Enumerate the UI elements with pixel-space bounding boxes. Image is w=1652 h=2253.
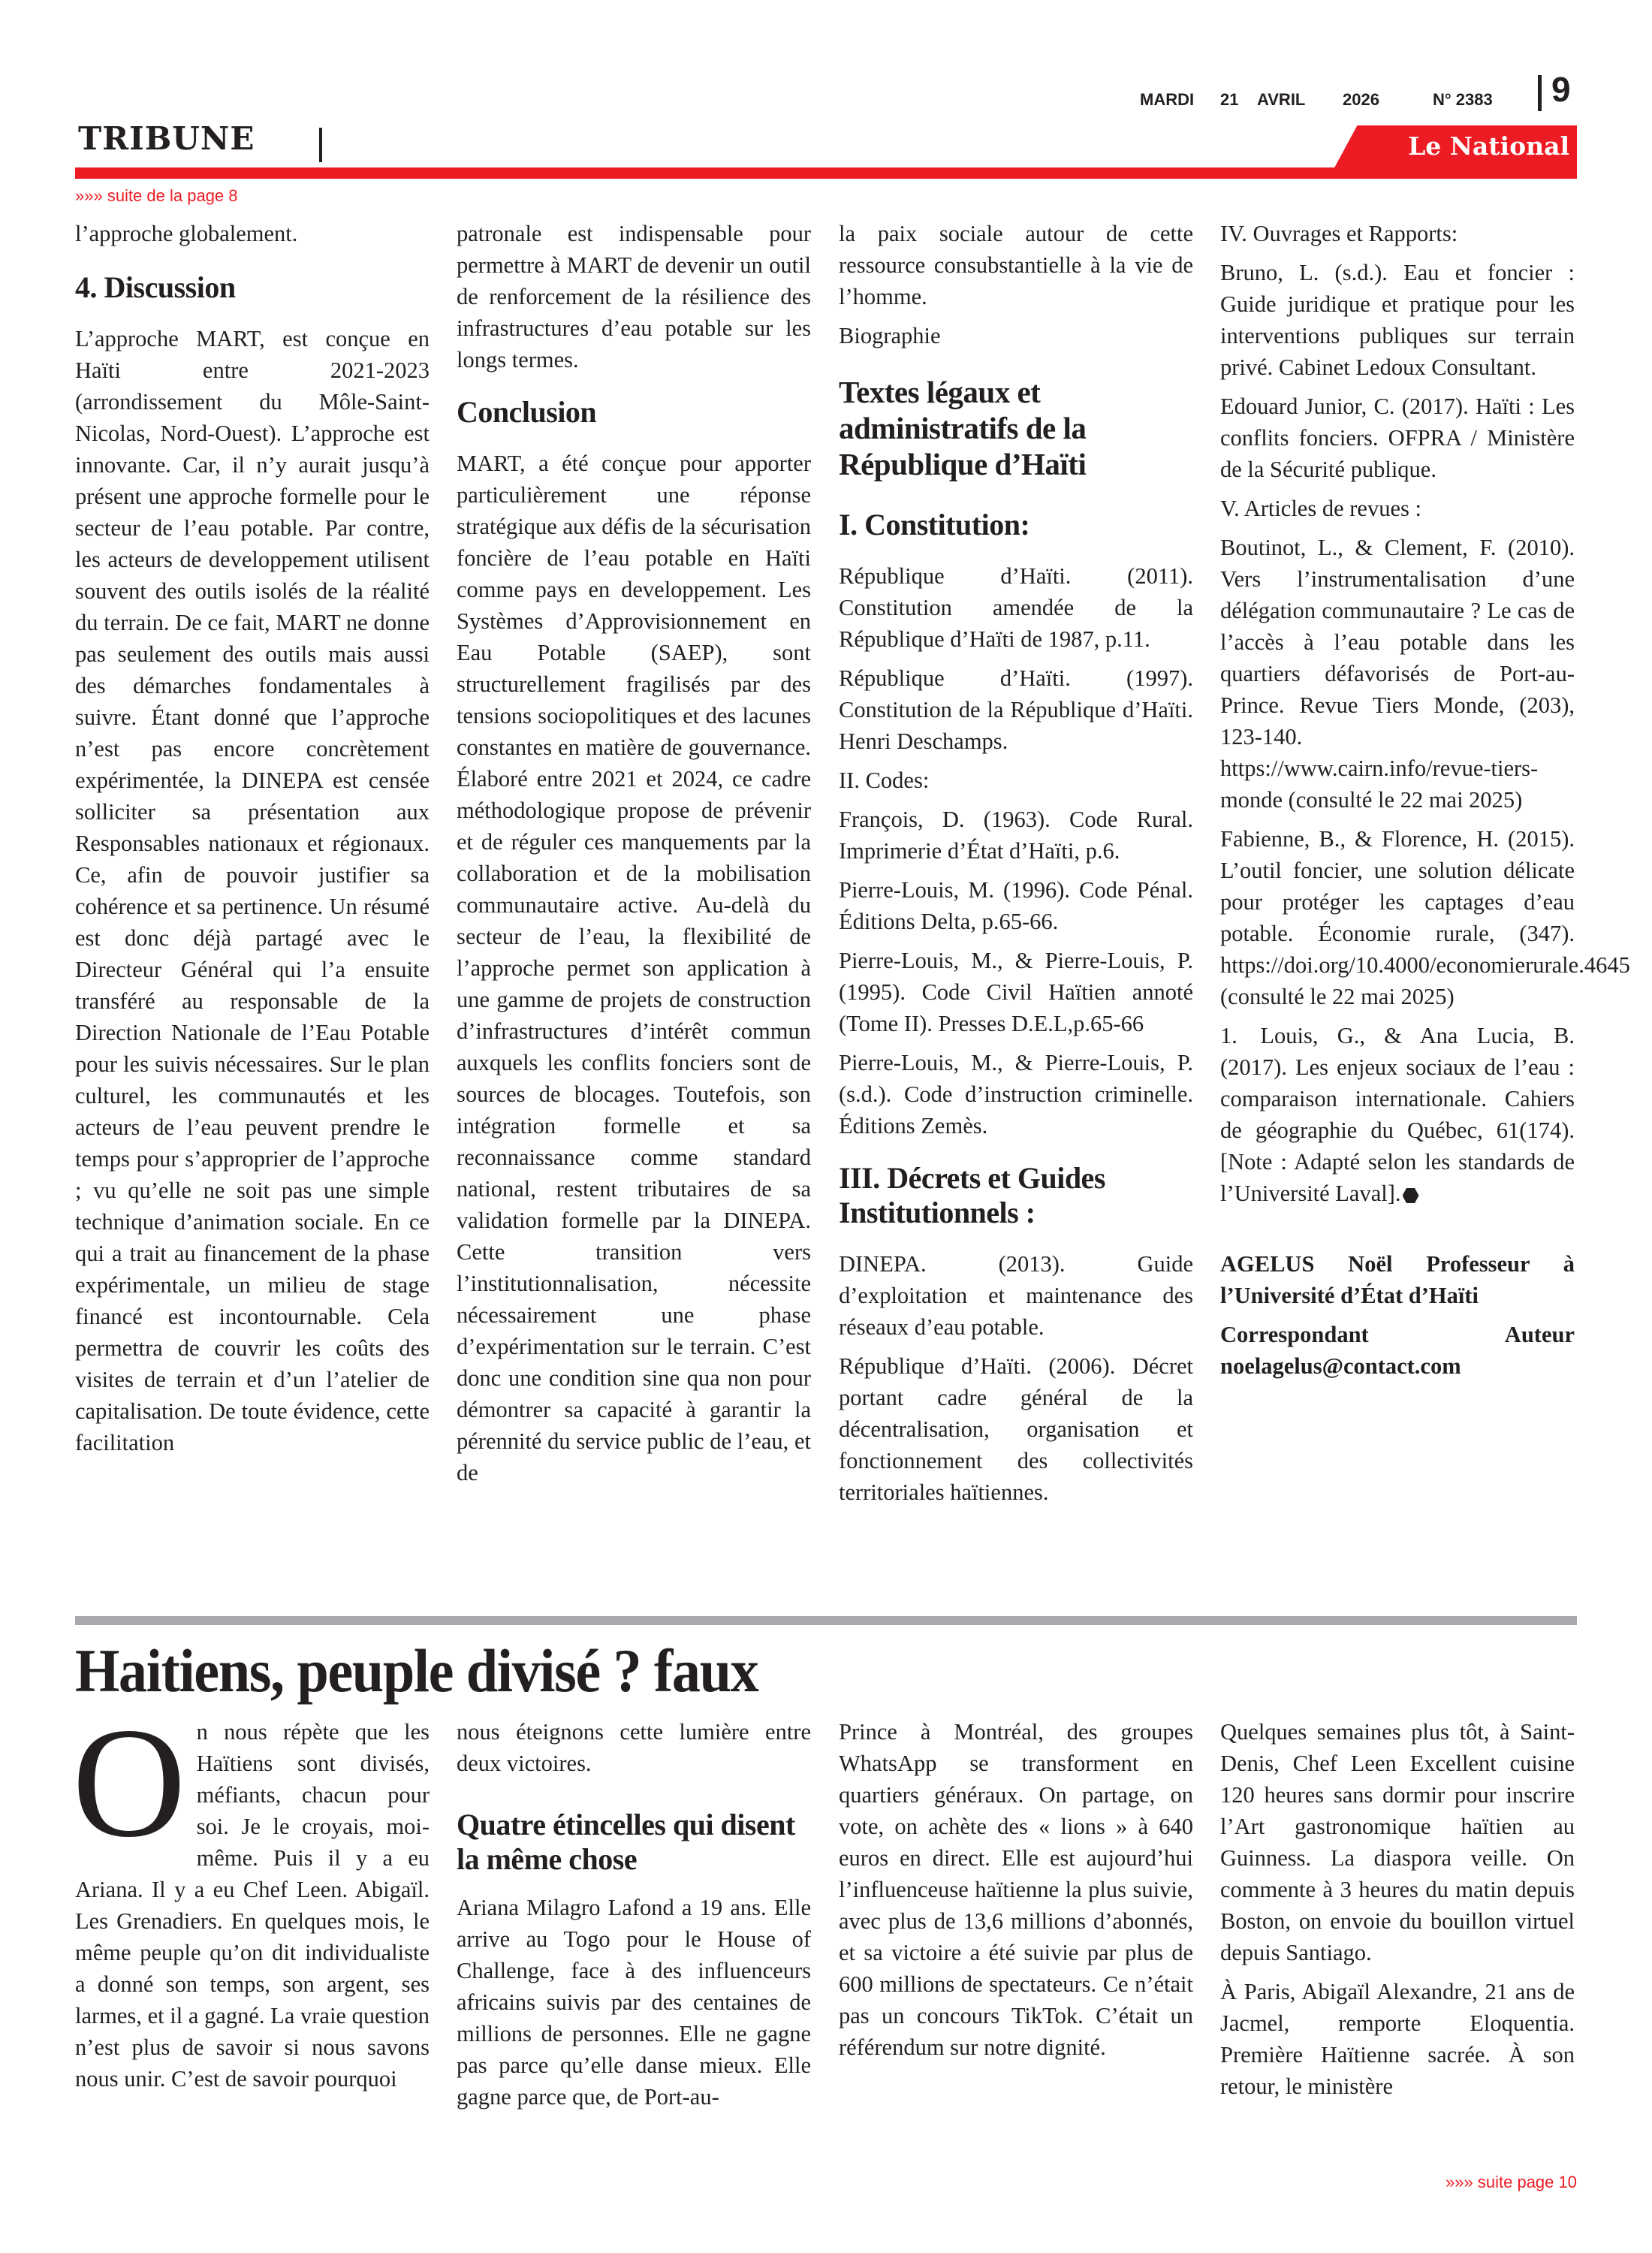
reference: Boutinot, L., & Clement, F. (2010). Vers… — [1220, 532, 1575, 816]
issue-year: 2026 — [1343, 90, 1379, 110]
section-divider — [319, 128, 322, 162]
heading-decrets: III. Décrets et Guides Institutionnels : — [839, 1161, 1193, 1230]
paragraph: Ariana Milagro Lafond a 19 ans. Elle arr… — [457, 1892, 811, 2113]
reference: François, D. (1963). Code Rural. Imprime… — [839, 804, 1193, 867]
reference-text: 1. Louis, G., & Ana Lucia, B. (2017). Le… — [1220, 1023, 1575, 1206]
reference: DINEPA. (2013). Guide d’exploitation et … — [839, 1248, 1193, 1343]
author-credit: AGELUS Noël Professeur à l’Université d’… — [1220, 1248, 1575, 1311]
reference: Pierre-Louis, M., & Pierre-Louis, P. (19… — [839, 945, 1193, 1039]
paragraph: Biographie — [839, 320, 1193, 351]
paragraph: patronale est indispensable pour permett… — [457, 218, 811, 375]
page-number-divider — [1538, 75, 1542, 111]
reference: Pierre-Louis, M. (1996). Code Pénal. Édi… — [839, 874, 1193, 937]
issue-month: AVRIL — [1257, 90, 1305, 110]
reference: Bruno, L. (s.d.). Eau et foncier : Guide… — [1220, 257, 1575, 383]
paragraph: À Paris, Abigaïl Alexandre, 21 ans de Ja… — [1220, 1976, 1575, 2102]
subheading-quatre-etincelles: Quatre étincelles qui disent la même cho… — [457, 1808, 811, 1877]
paragraph: l’approche globalement. — [75, 218, 430, 249]
issue-number: N° 2383 — [1433, 90, 1493, 110]
reference: Edouard Junior, C. (2017). Haïti : Les c… — [1220, 391, 1575, 485]
paragraph: la paix sociale autour de cette ressourc… — [839, 218, 1193, 312]
paragraph: Prince à Montréal, des groupes WhatsApp … — [839, 1716, 1193, 2063]
paragraph: MART, a été conçue pour apporter particu… — [457, 448, 811, 1488]
newspaper-brand: Le National — [1374, 131, 1569, 161]
page-number: 9 — [1551, 69, 1571, 110]
article2-column-2: nous éteignons cette lumière entre deux … — [457, 1716, 811, 2120]
heading-legal-texts: Textes légaux et administratifs de la Ré… — [839, 374, 1193, 482]
continued-on-link[interactable]: »»» suite page 10 — [1445, 2173, 1577, 2192]
article2-column-3: Prince à Montréal, des groupes WhatsApp … — [839, 1716, 1193, 2071]
article2-column-4: Quelques semaines plus tôt, à Saint-Deni… — [1220, 1716, 1575, 2110]
author-contact: Correspondant Auteur noelagelus@contact.… — [1220, 1319, 1575, 1382]
article2-column-1: O n nous répète que les Haïtiens sont di… — [75, 1716, 430, 2102]
heading-discussion: 4. Discussion — [75, 270, 430, 305]
article1-column-4: IV. Ouvrages et Rapports: Bruno, L. (s.d… — [1220, 218, 1575, 1389]
paragraph: nous éteignons cette lumière entre deux … — [457, 1716, 811, 1779]
paragraph: L’approche MART, est conçue en Haïti ent… — [75, 323, 430, 1458]
issue-day: MARDI — [1140, 90, 1194, 110]
issue-date: 21 — [1220, 90, 1238, 110]
article1-column-2: patronale est indispensable pour permett… — [457, 218, 811, 1496]
paragraph: Quelques semaines plus tôt, à Saint-Deni… — [1220, 1716, 1575, 1968]
reference-heading: II. Codes: — [839, 765, 1193, 796]
reference-heading: V. Articles de revues : — [1220, 493, 1575, 524]
reference-heading: IV. Ouvrages et Rapports: — [1220, 218, 1575, 249]
reference: 1. Louis, G., & Ana Lucia, B. (2017). Le… — [1220, 1020, 1575, 1209]
article-divider — [75, 1616, 1577, 1625]
reference: République d’Haïti. (2011). Constitution… — [839, 560, 1193, 655]
section-title: TRIBUNE — [78, 120, 255, 157]
heading-conclusion: Conclusion — [457, 395, 811, 430]
reference: Fabienne, B., & Florence, H. (2015). L’o… — [1220, 823, 1575, 1012]
reference: République d’Haïti. (2006). Décret porta… — [839, 1350, 1193, 1508]
reference: République d’Haïti. (1997). Constitution… — [839, 662, 1193, 757]
drop-cap: O — [72, 1719, 186, 1848]
end-of-article-icon — [1403, 1188, 1419, 1203]
article1-column-3: la paix sociale autour de cette ressourc… — [839, 218, 1193, 1516]
issue-info: MARDI 21 AVRIL 2026 N° 2383 — [1140, 84, 1515, 114]
article1-column-1: l’approche globalement. 4. Discussion L’… — [75, 218, 430, 1466]
continued-from-link[interactable]: »»» suite de la page 8 — [75, 186, 238, 206]
heading-constitution: I. Constitution: — [839, 508, 1193, 542]
reference: Pierre-Louis, M., & Pierre-Louis, P. (s.… — [839, 1047, 1193, 1142]
